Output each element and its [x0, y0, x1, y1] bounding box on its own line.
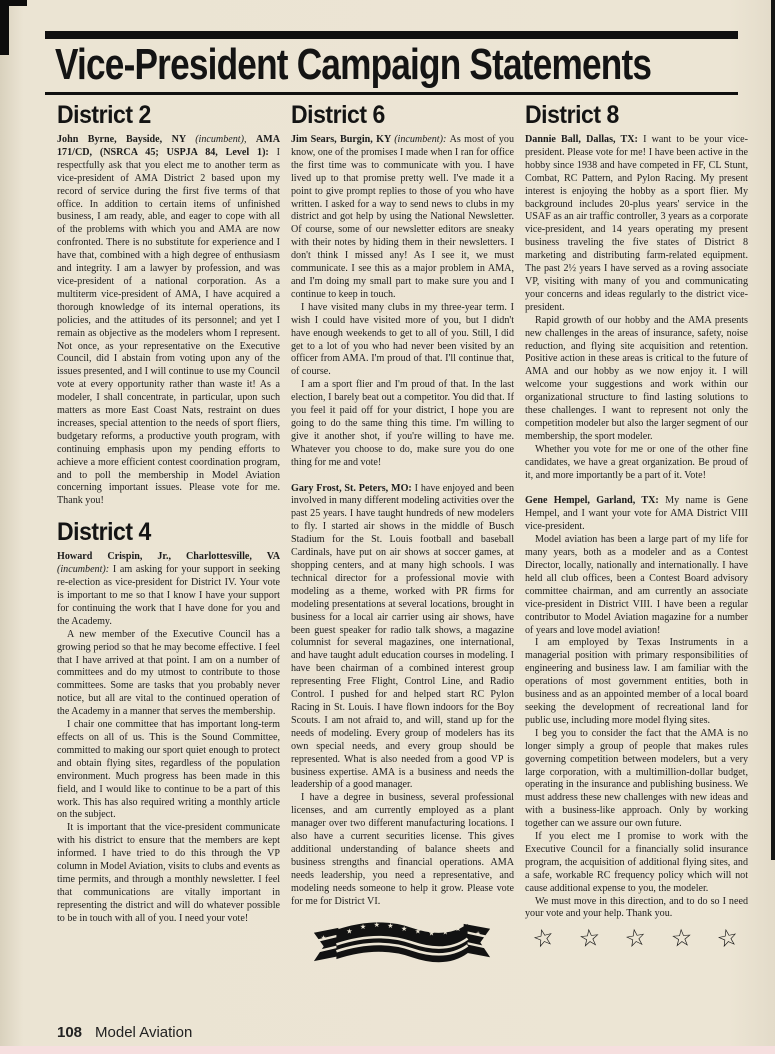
crop-mark-top-left	[0, 0, 9, 55]
statement-paragraph: John Byrne, Bayside, NY (incumbent), AMA…	[57, 134, 280, 508]
statement-paragraph: Gary Frost, St. Peters, MO: I have enjoy…	[291, 483, 514, 793]
section-district-2: District 2 John Byrne, Bayside, NY (incu…	[57, 103, 280, 508]
svg-text:★: ★	[360, 923, 366, 931]
statement-paragraph: Howard Crispin, Jr., Charlottesville, VA…	[57, 551, 280, 628]
svg-text:★: ★	[415, 928, 421, 936]
column-layout: District 2 John Byrne, Bayside, NY (incu…	[57, 101, 749, 975]
page-footer: 108Model Aviation	[57, 1024, 192, 1041]
crop-mark-top-left-horizontal	[0, 0, 27, 6]
column-middle: District 6 Jim Sears, Burgin, KY (incumb…	[291, 101, 514, 975]
svg-text:★: ★	[321, 935, 326, 942]
statement-paragraph: I beg you to consider the fact that the …	[525, 728, 748, 831]
masthead: Vice-President Campaign Statements	[45, 31, 738, 95]
section-district-6: District 6 Jim Sears, Burgin, KY (incumb…	[291, 103, 514, 908]
magazine-name: Model Aviation	[95, 1024, 192, 1041]
svg-text:★: ★	[428, 930, 434, 938]
star-icon: ☆	[671, 927, 694, 952]
district-heading: District 4	[57, 520, 262, 545]
scan-edge-right	[771, 0, 775, 860]
section-district-4: District 4 Howard Crispin, Jr., Charlott…	[57, 520, 280, 925]
statement-paragraph: I have a degree in business, several pro…	[291, 792, 514, 908]
svg-text:★: ★	[455, 925, 461, 933]
district-heading: District 2	[57, 103, 262, 128]
column-right: District 8 Dannie Ball, Dallas, TX: I wa…	[525, 101, 748, 975]
page-title: Vice-President Campaign Statements	[55, 42, 601, 88]
candidate-name: Gene Hempel, Garland, TX:	[525, 495, 665, 506]
svg-text:★: ★	[475, 931, 480, 938]
statement-paragraph: We must move in this direction, and to d…	[525, 896, 748, 922]
statement-paragraph: Model aviation has been a large part of …	[525, 534, 748, 637]
statement-paragraph: It is important that the vice-president …	[57, 822, 280, 925]
statement-paragraph: Whether you vote for me or one of the ot…	[525, 444, 748, 483]
statement-paragraph: Jim Sears, Burgin, KY (incumbent): As mo…	[291, 134, 514, 302]
candidate-qualifier: (incumbent),	[195, 134, 256, 145]
candidate-statement-frost: Gary Frost, St. Peters, MO: I have enjoy…	[291, 483, 514, 909]
masthead-bar	[45, 31, 738, 39]
statement-paragraph: Dannie Ball, Dallas, TX: I want to be yo…	[525, 134, 748, 315]
district-heading: District 6	[291, 103, 496, 128]
candidate-statement-byrne: John Byrne, Bayside, NY (incumbent), AMA…	[57, 134, 280, 508]
svg-text:★: ★	[346, 928, 352, 936]
scan-edge-bottom	[0, 1046, 775, 1054]
statement-paragraph: If you elect me I promise to work with t…	[525, 831, 748, 896]
svg-text:★: ★	[374, 921, 380, 929]
candidate-name: Jim Sears, Burgin, KY	[291, 134, 394, 145]
star-row: ☆ ☆ ☆ ☆ ☆	[533, 927, 739, 951]
district-heading: District 8	[525, 103, 730, 128]
statement-paragraph: Gene Hempel, Garland, TX: My name is Gen…	[525, 495, 748, 534]
column-left: District 2 John Byrne, Bayside, NY (incu…	[57, 101, 280, 975]
svg-text:★: ★	[387, 922, 393, 930]
svg-text:★: ★	[401, 925, 407, 933]
statement-paragraph: I have visited many clubs in my three-ye…	[291, 302, 514, 379]
candidate-qualifier: (incumbent):	[394, 134, 449, 145]
statement-paragraph: I am a sport flier and I'm proud of that…	[291, 379, 514, 469]
magazine-page: Vice-President Campaign Statements Distr…	[0, 0, 775, 1054]
candidate-name: Howard Crispin, Jr., Charlottesville, VA	[57, 551, 280, 562]
stars-and-stripes-banner-icon: ★ ★ ★ ★ ★ ★ ★ ★ ★ ★ ★	[309, 916, 514, 975]
page-number: 108	[57, 1024, 82, 1041]
section-district-8: District 8 Dannie Ball, Dallas, TX: I wa…	[525, 103, 748, 921]
candidate-name: Gary Frost, St. Peters, MO:	[291, 483, 415, 494]
candidate-statement-sears: Jim Sears, Burgin, KY (incumbent): As mo…	[291, 134, 514, 470]
statement-paragraph: Rapid growth of our hobby and the AMA pr…	[525, 315, 748, 444]
star-icon: ☆	[715, 925, 741, 953]
candidate-statement-ball: Dannie Ball, Dallas, TX: I want to be yo…	[525, 134, 748, 482]
candidate-statement-hempel: Gene Hempel, Garland, TX: My name is Gen…	[525, 495, 748, 921]
statement-paragraph: I am employed by Texas Instruments in a …	[525, 637, 748, 727]
star-icon: ☆	[623, 926, 648, 953]
statement-paragraph: A new member of the Executive Council ha…	[57, 629, 280, 719]
candidate-name: John Byrne, Bayside, NY	[57, 134, 195, 145]
candidate-statement-crispin: Howard Crispin, Jr., Charlottesville, VA…	[57, 551, 280, 925]
svg-text:★: ★	[442, 929, 448, 937]
candidate-qualifier: (incumbent):	[57, 564, 113, 575]
candidate-name: Dannie Ball, Dallas, TX:	[525, 134, 643, 145]
statement-paragraph: I chair one committee that has important…	[57, 719, 280, 822]
star-icon: ☆	[530, 925, 557, 953]
masthead-rule	[45, 92, 738, 95]
star-icon: ☆	[578, 926, 602, 952]
